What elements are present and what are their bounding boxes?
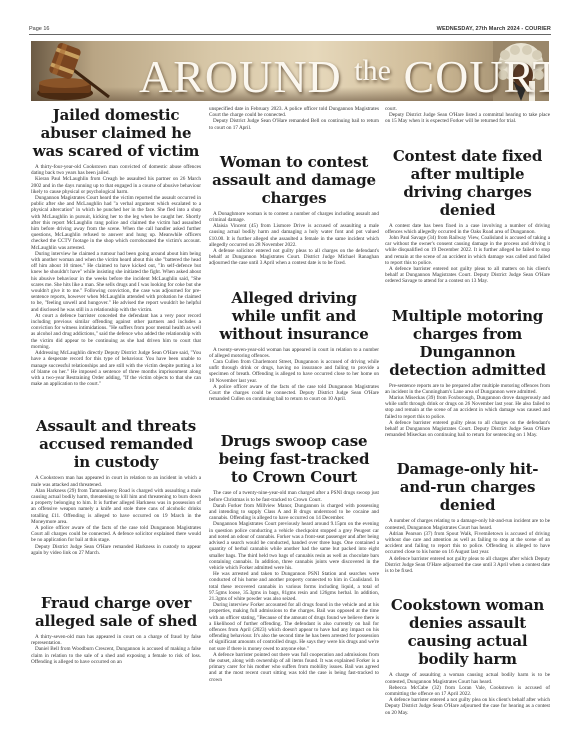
paragraph: Deputy District Judge Sean O'Hare remand…: [209, 118, 379, 130]
paragraph: A twenty-seven-year-old woman has appear…: [209, 347, 379, 359]
dateline: WEDNESDAY, 27th March 2024 - COURIER: [437, 26, 551, 32]
banner-title-courts: COURTS: [391, 51, 549, 101]
paragraph: Marius Miseckas (39) from Foxborough, Du…: [385, 395, 550, 420]
article-body: A contest date has been fixed in a case …: [385, 223, 550, 285]
paragraph: A police officer aware of the facts of t…: [209, 384, 379, 403]
paragraph: unspecified date in February 2023. A pol…: [209, 106, 379, 118]
headline: Cookstown woman denies assault causing a…: [385, 596, 550, 668]
paragraph: The case of a twenty-nine-year-old man c…: [209, 490, 379, 502]
article-body: A thirty-four-year-old Cookstown man con…: [31, 164, 201, 387]
page-number: Page 16: [29, 26, 50, 32]
paragraph: At court a defence barrister conceded th…: [31, 313, 201, 350]
article-body: unspecified date in February 2023. A pol…: [209, 106, 379, 131]
headline: Contest date fixed after multiple drivin…: [385, 147, 550, 219]
article-drugs-continued: court. Deputy District Judge Sean O'Hare…: [385, 106, 550, 125]
paragraph: A Donaghmore woman is to contest a numbe…: [209, 211, 379, 223]
article-body: A Donaghmore woman is to contest a numbe…: [209, 211, 379, 267]
paragraph: Dungannon Magistrates Court heard the vi…: [31, 195, 201, 251]
article-cookstown-woman-denies-assault: Cookstown woman denies assault causing a…: [385, 596, 550, 715]
headline: Drugs swoop case being fast-tracked to C…: [209, 432, 379, 486]
article-woman-contest-assault: Woman to contest assault and damage char…: [209, 153, 379, 267]
paragraph: Pre-sentence reports are to be prepared …: [385, 383, 550, 395]
paragraph: Deputy District Judge Sean O'Hare remand…: [31, 544, 201, 556]
article-fraud-charge-shed: Fraud charge over alleged sale of shed A…: [31, 594, 201, 665]
paragraph: A number of charges relating to a damage…: [385, 518, 550, 530]
paragraph: A police officer aware of the facts of t…: [31, 525, 201, 544]
paragraph: Rebecca McCabe (32) from Loran Vale, Coo…: [385, 685, 550, 697]
article-assault-threats-remanded: Assault and threats accused remanded in …: [31, 417, 201, 556]
paragraph: He was arrested and taken to Dungannon P…: [209, 571, 379, 602]
paragraph: A defence barrister entered not guilty p…: [385, 266, 550, 285]
article-contest-date-fixed: Contest date fixed after multiple drivin…: [385, 147, 550, 285]
article-body: The case of a twenty-nine-year-old man c…: [209, 490, 379, 682]
headline: Fraud charge over alleged sale of shed: [31, 594, 201, 630]
paragraph: A thirty-four-year-old Cookstown man con…: [31, 164, 201, 176]
paragraph: Deputy District Judge Sean O'Hare listed…: [385, 112, 550, 124]
article-body: A twenty-seven-year-old woman has appear…: [209, 347, 379, 403]
article-fraud-continued: unspecified date in February 2023. A pol…: [209, 106, 379, 131]
paragraph: Daniel Bell from Woodburn Crescent, Dung…: [31, 646, 201, 665]
paragraph: A defense solicitor entered not guilty p…: [209, 248, 379, 267]
paragraph: A Cookstown man has appeared in court in…: [31, 475, 201, 487]
article-body: A charge of assaulting a woman causing a…: [385, 672, 550, 715]
paragraph: Adrian Pearson (37) from Spout Walk, Fiv…: [385, 531, 550, 556]
banner-title-around: AROUND: [139, 51, 354, 101]
column-3: court. Deputy District Judge Sean O'Hare…: [385, 106, 550, 716]
article-body: A thirty-seven-old man has appeared in c…: [31, 634, 201, 665]
article-body: A Cookstown man has appeared in court in…: [31, 475, 201, 556]
section-banner: AROUND the COURTS: [31, 41, 549, 101]
paragraph: A defence barrister entered guilty pleas…: [385, 420, 550, 439]
paragraph: John Paul Savage (34) from Railway View,…: [385, 235, 550, 266]
article-body: court. Deputy District Judge Sean O'Hare…: [385, 106, 550, 125]
gavel-icon: [35, 43, 115, 101]
headline: Multiple motoring charges from Dungannon…: [385, 307, 550, 379]
paragraph: Kieran Paul McLaughlin from Creagh be as…: [31, 176, 201, 195]
paragraph: Cara Cullen from Charlemont Street, Dung…: [209, 359, 379, 384]
paragraph: During interview Forker accounted for al…: [209, 602, 379, 652]
article-multiple-motoring-charges: Multiple motoring charges from Dungannon…: [385, 307, 550, 439]
banner-title: AROUND the COURTS: [139, 47, 549, 101]
article-damage-only-hit-and-run: Damage-only hit-and-run charges denied A…: [385, 460, 550, 574]
column-1: Jailed domestic abuser claimed he was sc…: [31, 106, 201, 665]
article-body: A number of charges relating to a damage…: [385, 518, 550, 574]
paragraph: A defence barrister entered not guilty p…: [385, 556, 550, 575]
headline: Jailed domestic abuser claimed he was sc…: [31, 106, 201, 160]
paragraph: Dungannon Magistrates Court previously h…: [209, 521, 379, 571]
paragraph: Darah Forker from Millview Manor, Dungan…: [209, 503, 379, 522]
article-alleged-driving-unfit: Alleged driving while unfit and without …: [209, 289, 379, 403]
paragraph: A contest date has been fixed in a case …: [385, 223, 550, 235]
paragraph: Alaisia Vincent (45) from Lismore Drive …: [209, 223, 379, 248]
paragraph: A defence barrister entered a not guilty…: [385, 697, 550, 716]
headline: Assault and threats accused remanded in …: [31, 417, 201, 471]
paragraph: Addressing McLaughlin directly Deputy Di…: [31, 350, 201, 387]
folio-rule: [29, 34, 551, 35]
column-2: unspecified date in February 2023. A pol…: [209, 106, 379, 683]
headline: Woman to contest assault and damage char…: [209, 153, 379, 207]
headline: Alleged driving while unfit and without …: [209, 289, 379, 343]
article-body: Pre-sentence reports are to be prepared …: [385, 383, 550, 439]
paragraph: A thirty-seven-old man has appeared in c…: [31, 634, 201, 646]
paragraph: A defence barrister pointed out there wa…: [209, 652, 379, 683]
banner-title-the: the: [354, 54, 391, 87]
article-jailed-domestic-abuser: Jailed domestic abuser claimed he was sc…: [31, 106, 201, 387]
paragraph: Alan Harkness (29) from Tamnaskeeny Road…: [31, 488, 201, 525]
paragraph: During interview he claimed a rumour had…: [31, 251, 201, 313]
article-drugs-swoop: Drugs swoop case being fast-tracked to C…: [209, 432, 379, 682]
headline: Damage-only hit-and-run charges denied: [385, 460, 550, 514]
paragraph: A charge of assaulting a woman causing a…: [385, 672, 550, 684]
